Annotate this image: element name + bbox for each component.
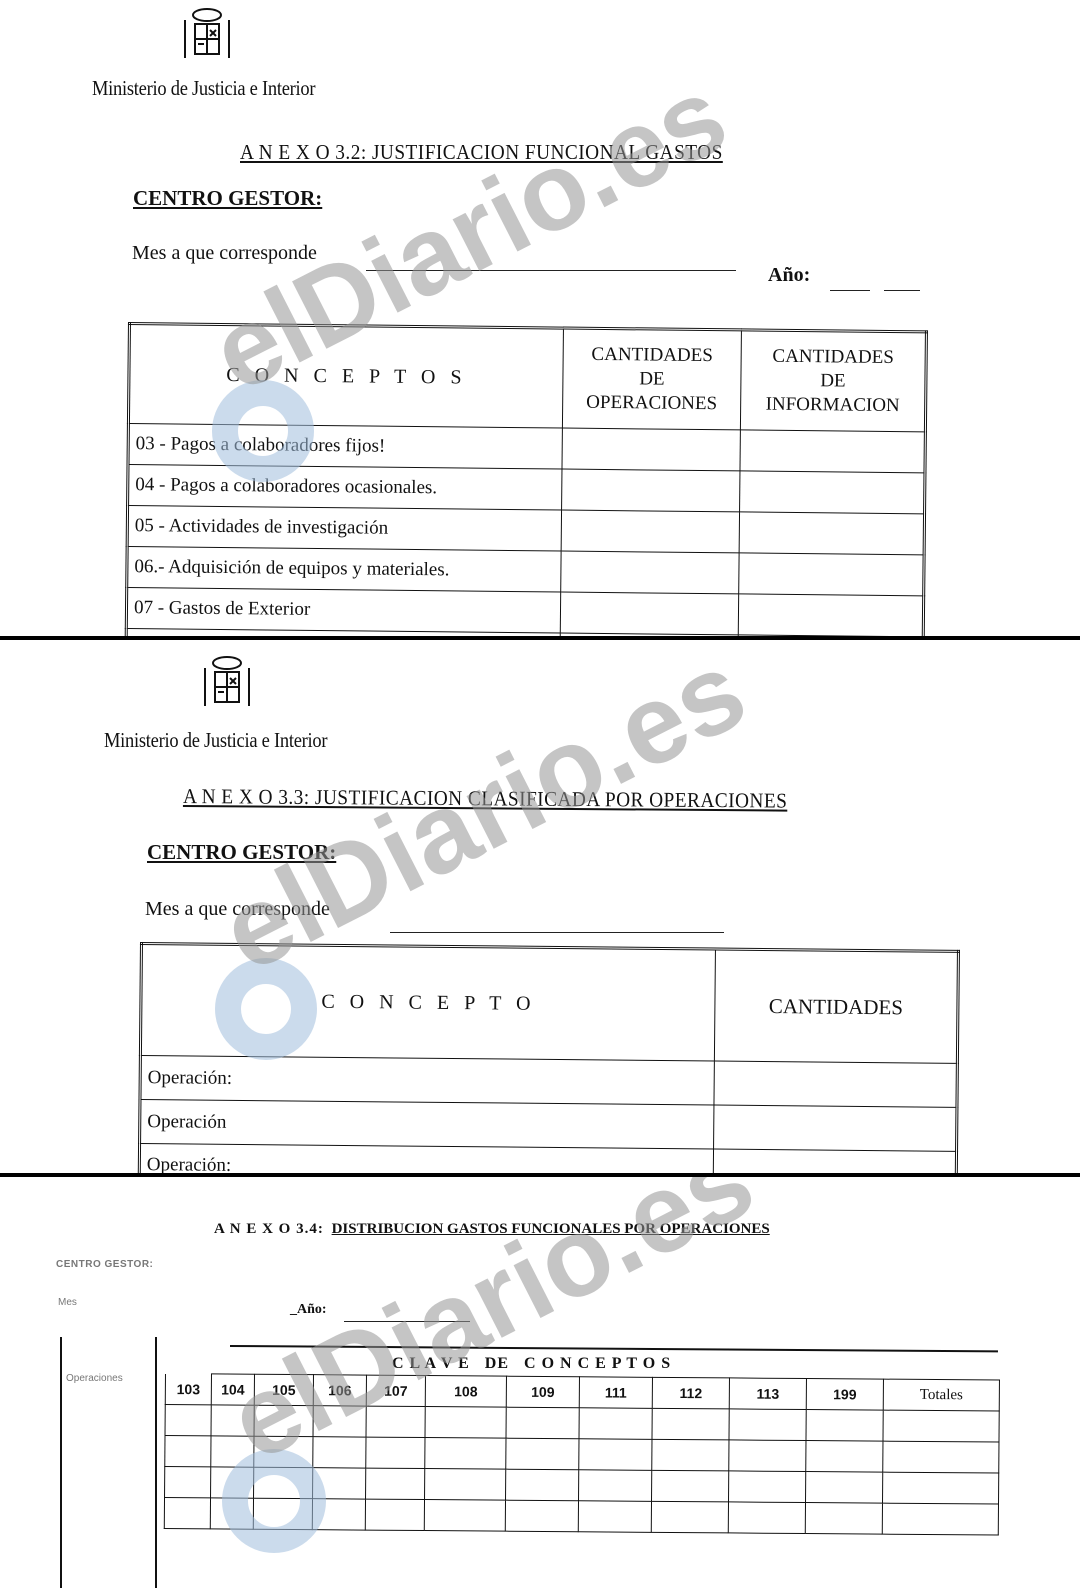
row-label: 03 - Pagos a colaboradores fijos! (128, 424, 562, 470)
code-header: 107 (366, 1375, 425, 1406)
centro-gestor-label: CENTRO GESTOR: (56, 1259, 153, 1270)
cantidad-operaciones-cell[interactable] (562, 428, 740, 471)
mes-label: Mes a que corresponde (145, 898, 330, 921)
header-cantidades-informacion: CANTIDADES DE INFORMACION (740, 330, 926, 432)
table-row (164, 1498, 998, 1536)
coat-of-arms-icon (180, 6, 234, 64)
mes-label: Mes a que corresponde (132, 242, 317, 265)
cantidad-operaciones-cell[interactable] (562, 469, 740, 512)
cantidad-informacion-cell[interactable] (738, 594, 923, 636)
row-label: Operación (140, 1100, 714, 1150)
cantidad-operaciones-cell[interactable] (560, 592, 738, 635)
annex-title: A N E X O 3.2: JUSTIFICACION FUNCIONAL G… (240, 140, 723, 165)
code-header: 112 (652, 1377, 729, 1409)
code-header: 111 (579, 1377, 652, 1409)
mes-field[interactable] (366, 270, 736, 271)
header-cantidades: CANTIDADES (714, 949, 958, 1063)
cantidad-operaciones-cell[interactable] (561, 510, 739, 553)
conceptos-table: C O N C E P T O S CANTIDADES DE OPERACIO… (124, 322, 927, 636)
table-row: Operación: (140, 1056, 957, 1108)
cantidad-cell[interactable] (714, 1105, 957, 1151)
clave-conceptos-header: C L A V E DE C O N C E P T O S (392, 1355, 671, 1373)
row-label: Operación: (139, 1144, 713, 1173)
code-header: 113 (729, 1378, 806, 1410)
group-header-line (230, 1345, 998, 1352)
table-row: 07 - Gastos de Exterior (126, 588, 923, 636)
row-label: 05 - Actividades de investigación (127, 506, 561, 552)
code-header: 105 (254, 1374, 313, 1405)
totales-header: Totales (883, 1379, 999, 1411)
ano-field[interactable] (344, 1321, 470, 1322)
total-cell[interactable] (883, 1410, 999, 1442)
annex-title-main: DISTRIBUCION GASTOS FUNCIONALES POR OPER… (332, 1221, 770, 1237)
code-header: 108 (425, 1376, 506, 1408)
cantidad-informacion-cell[interactable] (739, 512, 924, 555)
concepto-table: C O N C E P T O CANTIDADES Operación: Op… (138, 942, 960, 1173)
distribucion-table: 103 104 105 106 107 108 109 111 112 113 … (164, 1373, 1000, 1536)
annex-3-3-page: Ministerio de Justicia e Interior A N E … (0, 640, 1080, 1173)
table-row: Operación (140, 1100, 957, 1152)
cantidad-cell[interactable] (713, 1149, 956, 1173)
operaciones-header: Operaciones (66, 1373, 123, 1384)
code-header: 199 (806, 1379, 883, 1411)
ano-label: _Año: (290, 1302, 327, 1318)
cantidad-cell[interactable] (714, 1061, 957, 1107)
annex-title: A N E X O 3.3: JUSTIFICACION CLASIFICADA… (183, 784, 787, 814)
cantidad-informacion-cell[interactable] (740, 430, 925, 473)
annex-3-2-page: Ministerio de Justicia e Interior A N E … (0, 0, 1080, 636)
ano-label: Año: (768, 264, 810, 287)
cantidad-operaciones-cell[interactable] (561, 551, 739, 594)
code-header: 103 (165, 1374, 211, 1405)
code-header: 104 (211, 1374, 254, 1405)
row-label: 06.- Adquisición de equipos y materiales… (127, 547, 561, 593)
mes-field[interactable] (390, 932, 724, 933)
cantidad-informacion-cell[interactable] (740, 471, 925, 514)
annex-title-prefix: A N E X O 3.4: (214, 1221, 324, 1237)
total-cell[interactable] (882, 1503, 998, 1535)
annex-3-4-page: A N E X O 3.4: DISTRIBUCION GASTOS FUNCI… (0, 1177, 1080, 1588)
ano-field[interactable] (830, 290, 870, 291)
cantidad-informacion-cell[interactable] (739, 553, 924, 596)
header-cantidades-operaciones: CANTIDADES DE OPERACIONES (562, 328, 741, 430)
centro-gestor-label: CENTRO GESTOR: (147, 840, 336, 865)
coat-of-arms-icon (200, 654, 254, 712)
table-left-border (60, 1337, 62, 1588)
total-cell[interactable] (883, 1441, 999, 1473)
ministry-name: Ministerio de Justicia e Interior (92, 76, 315, 101)
centro-gestor-label: CENTRO GESTOR: (133, 186, 322, 211)
ano-field-2[interactable] (884, 290, 920, 291)
total-cell[interactable] (883, 1472, 999, 1504)
code-header: 109 (506, 1376, 579, 1408)
operaciones-column-border (155, 1337, 157, 1588)
row-label: 04 - Pagos a colaboradores ocasionales. (128, 465, 562, 511)
row-label: Operación: (140, 1056, 714, 1106)
header-concepto: C O N C E P T O (140, 944, 715, 1062)
header-conceptos: C O N C E P T O S (128, 324, 563, 429)
ministry-name: Ministerio de Justicia e Interior (104, 728, 327, 753)
row-label: 07 - Gastos de Exterior (126, 588, 560, 634)
annex-title: A N E X O 3.4: DISTRIBUCION GASTOS FUNCI… (214, 1221, 770, 1238)
code-header: 106 (313, 1375, 366, 1406)
mes-label: Mes (58, 1297, 77, 1308)
